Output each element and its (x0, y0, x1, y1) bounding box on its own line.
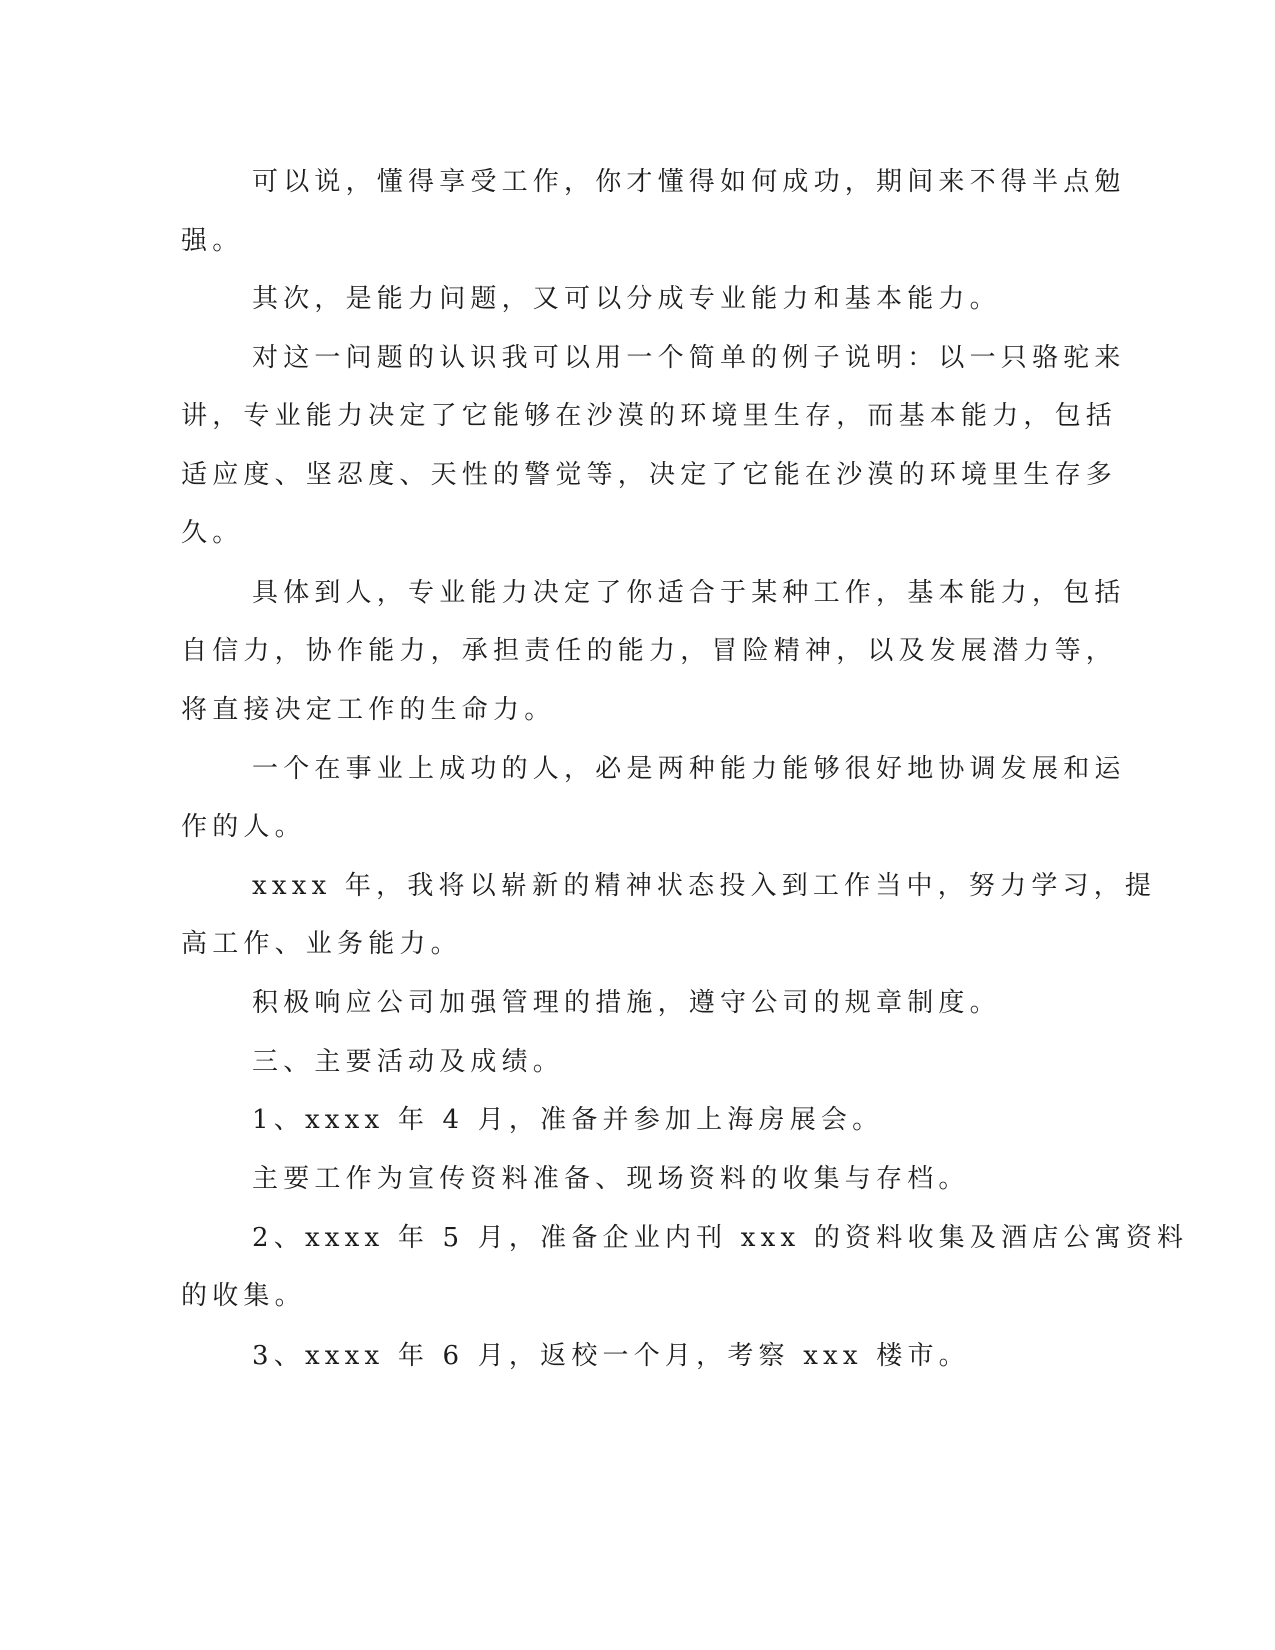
paragraph-line: 将直接决定工作的生命力。 (181, 695, 555, 725)
section-heading: 三、主要活动及成绩。 (252, 1047, 564, 1077)
paragraph-line: 其次，是能力问题，又可以分成专业能力和基本能力。 (252, 284, 1001, 314)
paragraph-line: 适应度、坚忍度、天性的警觉等，决定了它能在沙漠的环境里生存多 (181, 460, 1117, 490)
paragraph-line: 可以说，懂得享受工作，你才懂得如何成功，期间来不得半点勉 (252, 167, 1126, 197)
paragraph-line: 具体到人，专业能力决定了你适合于某种工作，基本能力，包括 (252, 578, 1126, 608)
paragraph-line: 久。 (181, 518, 243, 548)
paragraph-line: 对这一问题的认识我可以用一个简单的例子说明：以一只骆驼来 (252, 343, 1126, 373)
paragraph-line: 高工作、业务能力。 (181, 929, 462, 959)
paragraph-line: 讲，专业能力决定了它能够在沙漠的环境里生存，而基本能力，包括 (181, 401, 1117, 431)
paragraph-line: 主要工作为宣传资料准备、现场资料的收集与存档。 (252, 1164, 970, 1194)
list-item: 2、xxxx 年 5 月，准备企业内刊 xxx 的资料收集及酒店公寓资料 (252, 1223, 1188, 1253)
paragraph-line: 积极响应公司加强管理的措施，遵守公司的规章制度。 (252, 988, 1001, 1018)
paragraph-line: 强。 (181, 226, 243, 256)
list-item: 3、xxxx 年 6 月，返校一个月，考察 xxx 楼市。 (252, 1341, 970, 1371)
paragraph-line: 的收集。 (181, 1281, 306, 1311)
list-item: 1、xxxx 年 4 月，准备并参加上海房展会。 (252, 1105, 883, 1135)
document-page: 可以说，懂得享受工作，你才懂得如何成功，期间来不得半点勉 强。 其次，是能力问题… (0, 0, 1275, 1650)
paragraph-line: 一个在事业上成功的人，必是两种能力能够很好地协调发展和运 (252, 754, 1126, 784)
paragraph-line: xxxx 年，我将以崭新的精神状态投入到工作当中，努力学习，提 (252, 871, 1156, 901)
paragraph-line: 自信力，协作能力，承担责任的能力，冒险精神，以及发展潜力等， (181, 636, 1117, 666)
paragraph-line: 作的人。 (181, 812, 306, 842)
